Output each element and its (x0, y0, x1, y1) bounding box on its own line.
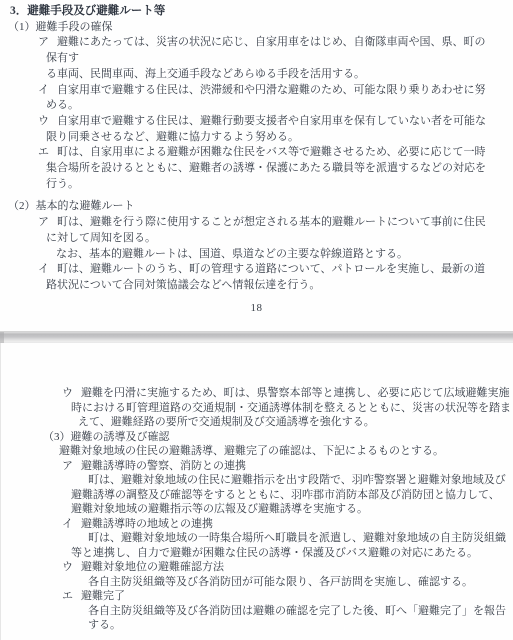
line-text: 避難誘導時の地域との連携 (81, 518, 213, 530)
text-line: 3．避難手段及び避難ルート等 (0, 4, 513, 20)
text-line: 避難対象地域の住民の避難誘導、避難完了の確認は、下記によるものとする。 (1, 444, 513, 459)
item-marker: エ (62, 589, 81, 604)
text-line: 町は、避難対象地域の一時集合場所へ町職員を派遣し、避難対象地域の自主防災組織 (1, 531, 513, 546)
line-text: 町は、避難ルートのうち、町の管理する道路について、パトロールを実施し、最新の道 (57, 263, 485, 275)
item-marker: イ (38, 262, 57, 278)
item-marker: イ (38, 83, 57, 99)
page-1: 3．避難手段及び避難ルート等（1）避難手段の確保ア避難にあたっては、災害の状況に… (0, 0, 513, 331)
line-text: 避難誘導時の警察、消防との連携 (81, 460, 246, 472)
item-marker: イ (62, 517, 81, 532)
line-text: 町は、自家用車による避難が困難な住民をバス等で避難させるため、必要に応じて一時 (57, 146, 486, 158)
text-line: ウ避難対象地位の避難確認方法 (1, 560, 513, 575)
text-line: 避難対象地域の避難指示等の広報及び避難誘導を実施する。 (1, 502, 513, 517)
text-line: 時における町管理道路の交通規制・交通誘導体制を整えるとともに、災害の状況等を踏ま (1, 401, 513, 416)
text-line: イ町は、避難ルートのうち、町の管理する道路について、パトロールを実施し、最新の道 (0, 262, 513, 278)
text-line: ア町は、避難を行う際に使用することが想定される基本的避難ルートについて事前に住民 (0, 215, 513, 231)
text-line: 路状況について合同対策協議会などへ情報伝達を行う。 (0, 278, 513, 294)
item-marker: ア (38, 35, 57, 51)
text-line: なお、基本的避難ルートは、国道、県道などの主要な幹線道路とする。 (0, 247, 513, 263)
page-2-text-block: ウ避難を円滑に実施するため、町は、県警察本部等と連携し、必要に応じて広域避難実施… (1, 386, 513, 633)
text-line: （1）避難手段の確保 (0, 20, 513, 36)
text-line: に対して周知を図る。 (0, 231, 513, 247)
line-text: 避難を円滑に実施するため、町は、県警察本部等と連携し、必要に応じて広域避難実施 (81, 387, 510, 399)
item-marker: ウ (62, 560, 81, 575)
text-line: イ避難誘導時の地域との連携 (1, 517, 513, 532)
item-marker: エ (38, 145, 57, 161)
text-line: 町は、避難対象地域の住民に避難指示を出す段階で、羽咋警察署と避難対象地域及び (1, 473, 513, 488)
text-line: ウ避難を円滑に実施するため、町は、県警察本部等と連携し、必要に応じて広域避難実施 (1, 386, 513, 401)
item-marker: ア (62, 459, 81, 474)
text-line: 避難誘導の調整及び確認等をするとともに、羽咋郡市消防本部及び消防団と協力して、 (1, 488, 513, 503)
text-line: める。 (0, 98, 513, 114)
text-line: エ町は、自家用車による避難が困難な住民をバス等で避難させるため、必要に応じて一時 (0, 145, 513, 161)
line-text: 自家用車で避難する住民は、避難行動要支援者や自家用車を保有していない者を可能な (57, 115, 486, 127)
text-line: 集合場所を設けるとともに、避難者の誘導・保護にあたる職員等を派遣するなどの対応を (0, 161, 513, 177)
item-marker: ア (38, 215, 57, 231)
document-viewer: 3．避難手段及び避難ルート等（1）避難手段の確保ア避難にあたっては、災害の状況に… (0, 0, 513, 640)
text-line: 等と連携し、自力で避難が困難な住民の誘導・保護及びバス避難の対応にあたる。 (1, 546, 513, 561)
line-text: 避難にあたっては、災害の状況に応じ、自家用車をはじめ、自衛隊車両や国、県、町の (57, 36, 486, 48)
page-2: ウ避難を円滑に実施するため、町は、県警察本部等と連携し、必要に応じて広域避難実施… (0, 343, 513, 640)
text-line: 保有す (0, 51, 513, 67)
text-line: エ避難完了 (1, 589, 513, 604)
text-line: （3）避難の誘導及び確認 (1, 430, 513, 445)
line-text: 避難完了 (81, 590, 125, 602)
text-line: えて、避難経路の要所で交通規制及び交通誘導を強化する。 (1, 415, 513, 430)
item-marker: ウ (62, 386, 81, 401)
text-line: 限り同乗させるなど、避難に協力するよう努める。 (0, 130, 513, 146)
text-line: ア避難誘導時の警察、消防との連携 (1, 459, 513, 474)
line-text: 町は、避難を行う際に使用することが想定される基本的避難ルートについて事前に住民 (57, 216, 486, 228)
item-marker: ウ (38, 114, 57, 130)
text-line: ア避難にあたっては、災害の状況に応じ、自家用車をはじめ、自衛隊車両や国、県、町の (0, 35, 513, 51)
text-line: イ自家用車で避難する住民は、渋滞緩和や円滑な避難のため、可能な限り乗りあわせに努 (0, 83, 513, 99)
text-line: 各自主防災組織等及び各消防団は避難の確認を完了した後、町へ「避難完了」を報告 (1, 604, 513, 619)
line-text: 自家用車で避難する住民は、渋滞緩和や円滑な避難のため、可能な限り乗りあわせに努 (57, 84, 486, 96)
text-line: する。 (1, 618, 513, 633)
line-text: 避難対象地位の避難確認方法 (81, 561, 224, 573)
text-line: 各自主防災組織等及び各消防団が可能な限り、各戸訪問を実施し、確認する。 (1, 575, 513, 590)
text-line: る車両、民間車両、海上交通手段などあらゆる手段を活用する。 (0, 67, 513, 83)
page-1-text-block: 3．避難手段及び避難ルート等（1）避難手段の確保ア避難にあたっては、災害の状況に… (0, 4, 513, 294)
text-line: ウ自家用車で避難する住民は、避難行動要支援者や自家用車を保有していない者を可能な (0, 114, 513, 130)
page-separator (0, 331, 513, 343)
text-line: （2）基本的な避難ルート (0, 199, 513, 215)
text-line: 行う。 (0, 177, 513, 193)
page-number: 18 (0, 302, 513, 315)
